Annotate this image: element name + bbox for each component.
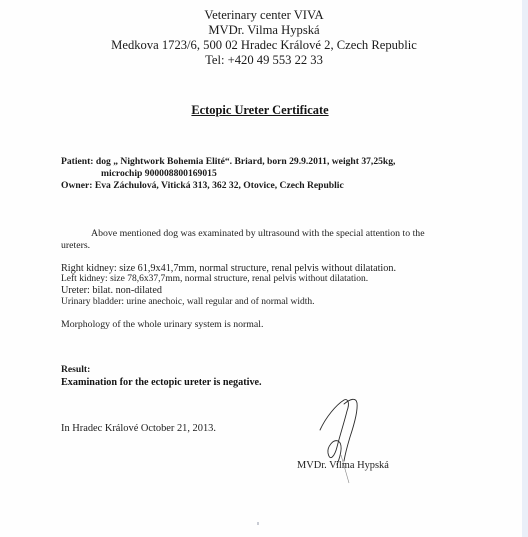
doctor-name: MVDr. Vilma Hypská xyxy=(0,23,528,38)
clinic-phone: Tel: +420 49 553 22 33 xyxy=(0,53,528,68)
finding-right-kidney: Right kidney: size 61,9x41,7mm, normal s… xyxy=(61,263,396,274)
letterhead: Veterinary center VIVA MVDr. Vilma Hypsk… xyxy=(0,8,528,68)
findings-list: Right kidney: size 61,9x41,7mm, normal s… xyxy=(61,263,396,308)
finding-ureter: Ureter: bilat. non-dilated xyxy=(61,285,396,296)
finding-left-kidney: Left kidney: size 78,6x37,7mm, normal st… xyxy=(61,274,396,285)
signatory-name: MVDr. Vilma Hypská xyxy=(297,460,389,471)
result-label: Result: xyxy=(61,364,90,375)
intro-paragraph: Above mentioned dog was examinated by ul… xyxy=(61,228,461,252)
certificate-page: Veterinary center VIVA MVDr. Vilma Hypsk… xyxy=(0,0,528,537)
place-and-date: In Hradec Králové October 21, 2013. xyxy=(61,423,216,434)
scan-speck xyxy=(257,522,259,525)
result-text: Examination for the ectopic ureter is ne… xyxy=(61,377,262,388)
clinic-name: Veterinary center VIVA xyxy=(0,8,528,23)
intro-line-2: ureters. xyxy=(61,240,461,252)
morphology-statement: Morphology of the whole urinary system i… xyxy=(61,319,263,330)
signature-icon xyxy=(300,395,390,485)
document-title: Ectopic Ureter Certificate xyxy=(0,103,520,118)
patient-line: Patient: dog „ Nightwork Bohemia Elité“.… xyxy=(61,156,395,167)
owner-line: Owner: Eva Záchulová, Vitická 313, 362 3… xyxy=(61,180,344,191)
microchip-line: microchip 900008800169015 xyxy=(101,168,217,179)
page-edge xyxy=(522,0,528,537)
clinic-address: Medkova 1723/6, 500 02 Hradec Králové 2,… xyxy=(0,38,528,53)
finding-urinary-bladder: Urinary bladder: urine anechoic, wall re… xyxy=(61,297,396,308)
intro-line-1: Above mentioned dog was examinated by ul… xyxy=(61,228,461,240)
